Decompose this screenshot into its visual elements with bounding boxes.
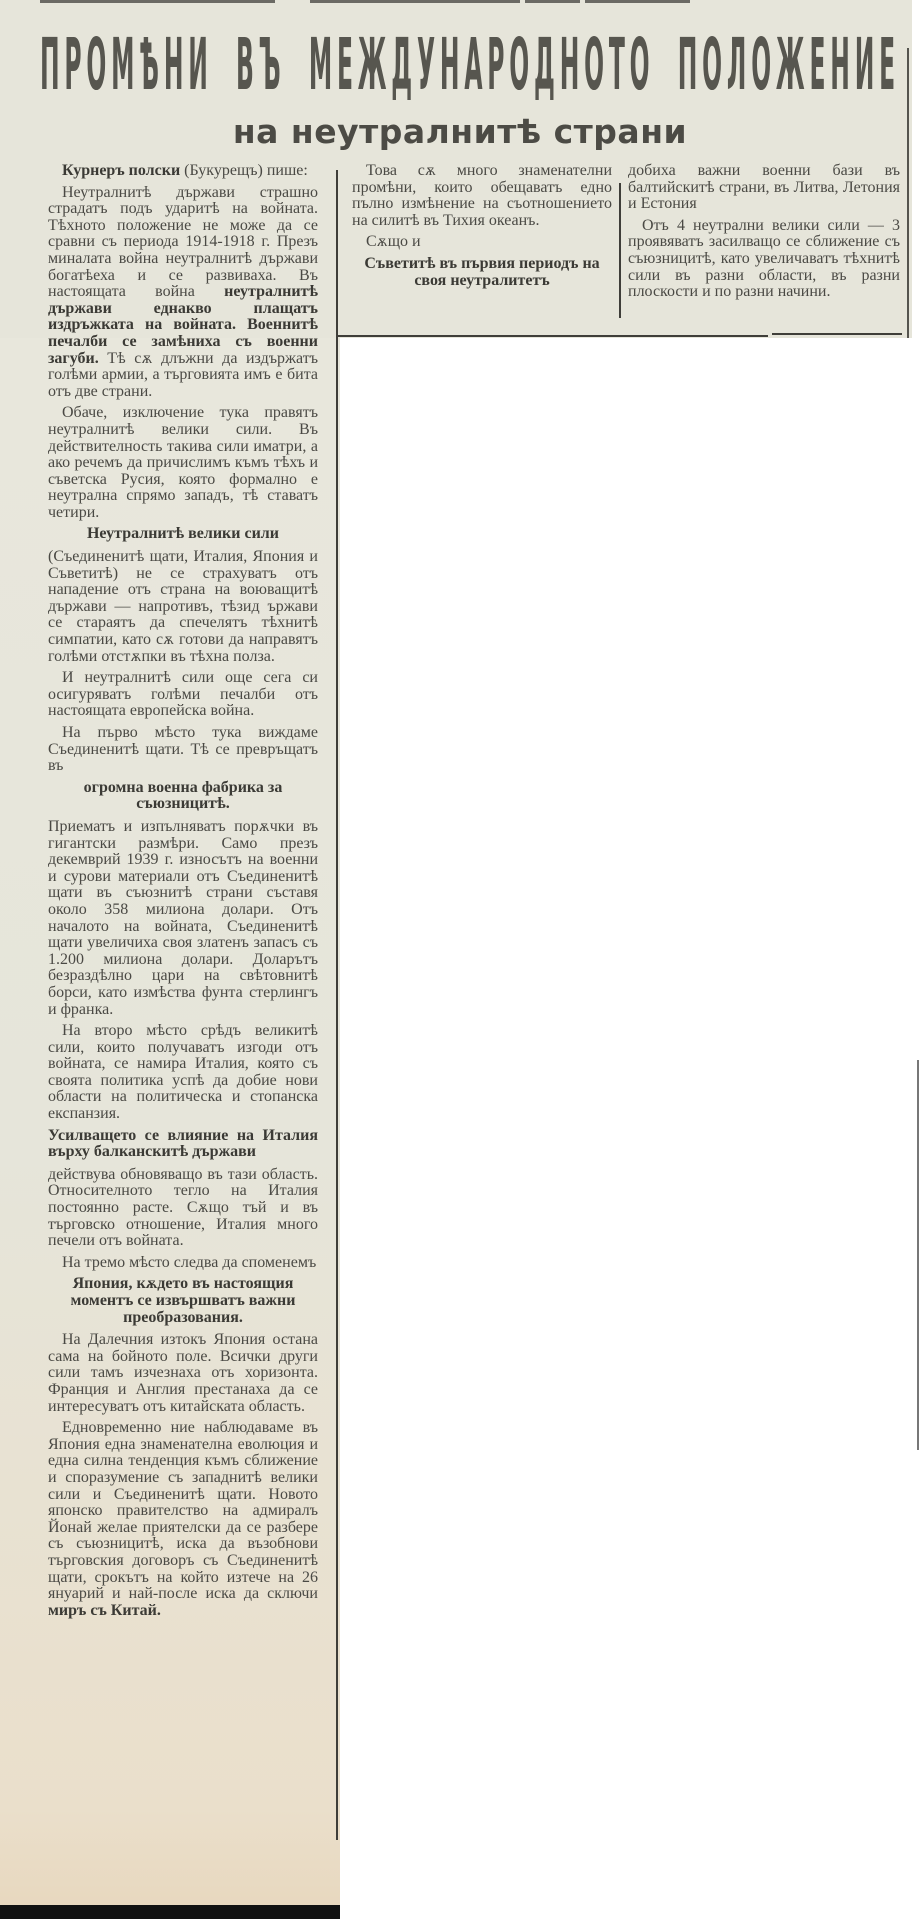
paragraph: Отъ 4 неутрални велики сили — 3 проявява…	[628, 218, 900, 301]
paragraph: действува обновяващо въ тази область. От…	[48, 1167, 318, 1250]
paragraph: На тремо мѣсто следва да споменемъ	[48, 1255, 318, 1272]
bottom-rule	[772, 333, 902, 335]
column-rule	[907, 48, 909, 338]
headline: ПРОМѢНИ ВЪ МЕЖДУНАРОДНОТО ПОЛОЖЕНИЕ	[40, 22, 900, 107]
paragraph: На първо мѣсто тука виждаме Съединенитѣ …	[48, 725, 318, 775]
scan-bottom-border	[0, 1905, 340, 1919]
subheading: Съветитѣ въ първия периодъ на своя неутр…	[352, 256, 612, 289]
source-line: Курнеръ полски (Букурещъ) пише:	[48, 163, 318, 180]
paragraph: добиха важни военни бази въ балтийскитѣ …	[628, 163, 900, 213]
article-column-2: Това сѫ много знаменателни промѣни, коит…	[352, 163, 612, 295]
headline-text: ПРОМѢНИ ВЪ МЕЖДУНАРОДНОТО ПОЛОЖЕНИЕ	[40, 22, 336, 110]
paragraph: Сѫщо и	[352, 234, 612, 251]
column-rule	[619, 183, 621, 318]
paragraph: Едновременно ние наблюдаваме въ Япония е…	[48, 1420, 318, 1619]
column-rule	[336, 170, 338, 1840]
paragraph: Обаче, изключение тука правятъ неутрални…	[48, 405, 318, 521]
paragraph: На Далечния изтокъ Япония остана сама на…	[48, 1332, 318, 1415]
article-column-3: добиха важни военни бази въ балтийскитѣ …	[628, 163, 900, 306]
subheadline: на неутралнитѣ страни	[0, 112, 920, 151]
paragraph: На второ мѣсто срѣдъ великитѣ сили, коит…	[48, 1023, 318, 1123]
paragraph: (Съединенитѣ щати, Италия, Япония и Съве…	[48, 549, 318, 665]
paragraph: Неутралнитѣ държави страшно страдатъ под…	[48, 185, 318, 401]
subheading: Усилващето се влияние на Италия върху ба…	[48, 1128, 318, 1161]
subheading: Неутралнитѣ велики сили	[48, 526, 318, 543]
paragraph: Това сѫ много знаменателни промѣни, коит…	[352, 163, 612, 229]
subheading: огромна военна фабрика за съюзницитѣ.	[48, 780, 318, 813]
paragraph: И неутралнитѣ сили още сега си осигурява…	[48, 670, 318, 720]
subheading: Япония, кѫдето въ настоящия моментъ се и…	[48, 1276, 318, 1326]
bottom-rule	[338, 335, 768, 337]
paragraph: Приематъ и изпълняватъ порѫчки въ гигант…	[48, 819, 318, 1018]
scan-edge	[917, 1060, 919, 1450]
article-column-1: Курнеръ полски (Букурещъ) пише: Неутралн…	[48, 163, 318, 1624]
top-rules	[40, 0, 690, 4]
